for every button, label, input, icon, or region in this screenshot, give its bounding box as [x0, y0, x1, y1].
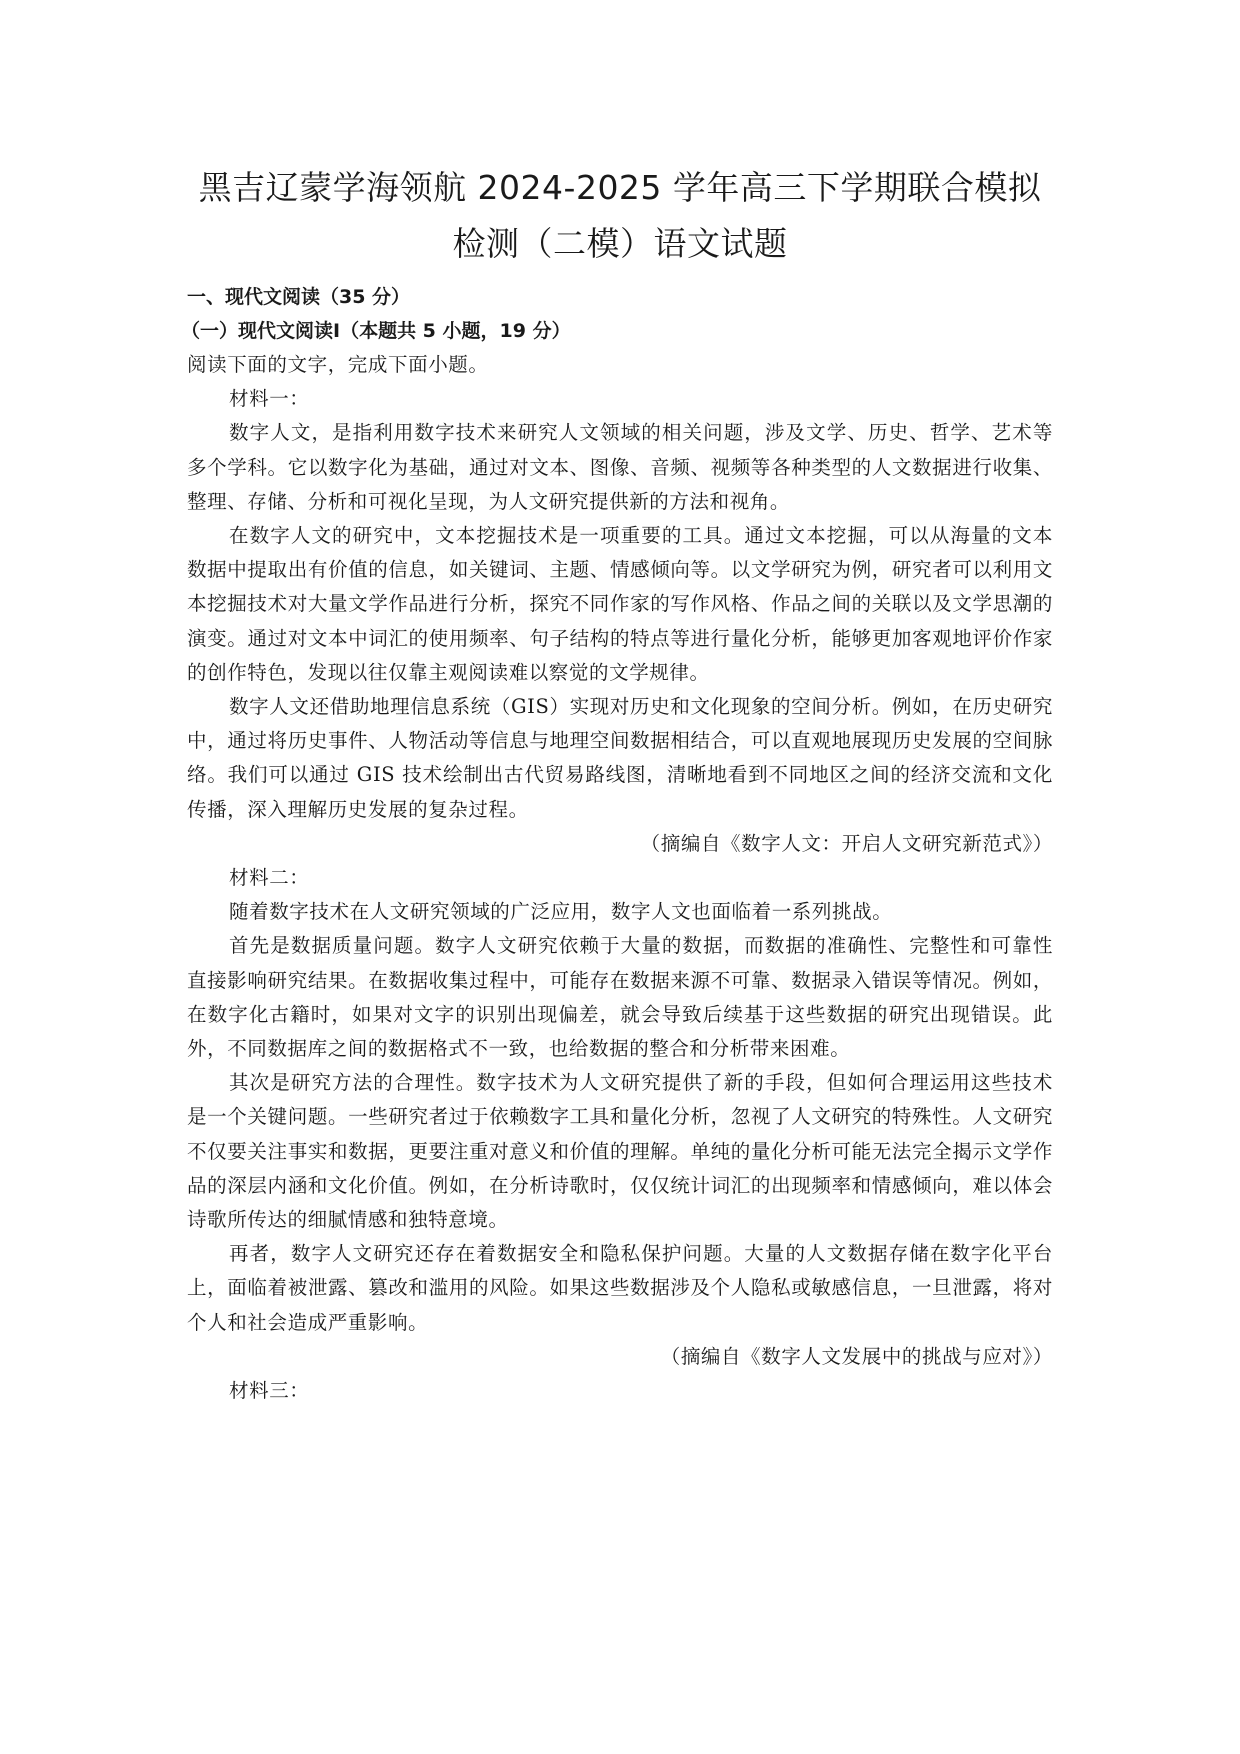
material-1-paragraph: 在数字人文的研究中，文本挖掘技术是一项重要的工具。通过文本挖掘，可以从海量的文本… [187, 519, 1053, 690]
material-1-source: （摘编自《数字人文：开启人文研究新范式》） [187, 827, 1053, 861]
instruction-text: 阅读下面的文字，完成下面小题。 [187, 348, 1053, 382]
material-1-paragraph: 数字人文还借助地理信息系统（GIS）实现对历史和文化现象的空间分析。例如，在历史… [187, 690, 1053, 827]
material-1-label: 材料一： [187, 382, 1053, 416]
section-heading: 一、现代文阅读（35 分） [187, 280, 1053, 314]
material-2-paragraph: 首先是数据质量问题。数字人文研究依赖于大量的数据，而数据的准确性、完整性和可靠性… [187, 929, 1053, 1066]
title-line-1: 黑吉辽蒙学海领航 2024-2025 学年高三下学期联合模拟 [199, 168, 1042, 207]
material-1-paragraph: 数字人文，是指利用数字技术来研究人文领域的相关问题，涉及文学、历史、哲学、艺术等… [187, 416, 1053, 519]
material-2-paragraph: 其次是研究方法的合理性。数字技术为人文研究提供了新的手段，但如何合理运用这些技术… [187, 1066, 1053, 1237]
material-2-paragraph: 再者，数字人文研究还存在着数据安全和隐私保护问题。大量的人文数据存储在数字化平台… [187, 1237, 1053, 1340]
material-2-paragraph: 随着数字技术在人文研究领域的广泛应用，数字人文也面临着一系列挑战。 [187, 895, 1053, 929]
document-title: 黑吉辽蒙学海领航 2024-2025 学年高三下学期联合模拟 检测（二模）语文试… [187, 160, 1053, 272]
subsection-heading: （一）现代文阅读Ⅰ（本题共 5 小题，19 分） [181, 314, 1053, 348]
material-2-label: 材料二： [187, 861, 1053, 895]
exam-page: 黑吉辽蒙学海领航 2024-2025 学年高三下学期联合模拟 检测（二模）语文试… [187, 160, 1053, 1408]
material-3-label: 材料三： [187, 1374, 1053, 1408]
title-line-2: 检测（二模）语文试题 [453, 224, 788, 263]
material-2-source: （摘编自《数字人文发展中的挑战与应对》） [187, 1340, 1053, 1374]
